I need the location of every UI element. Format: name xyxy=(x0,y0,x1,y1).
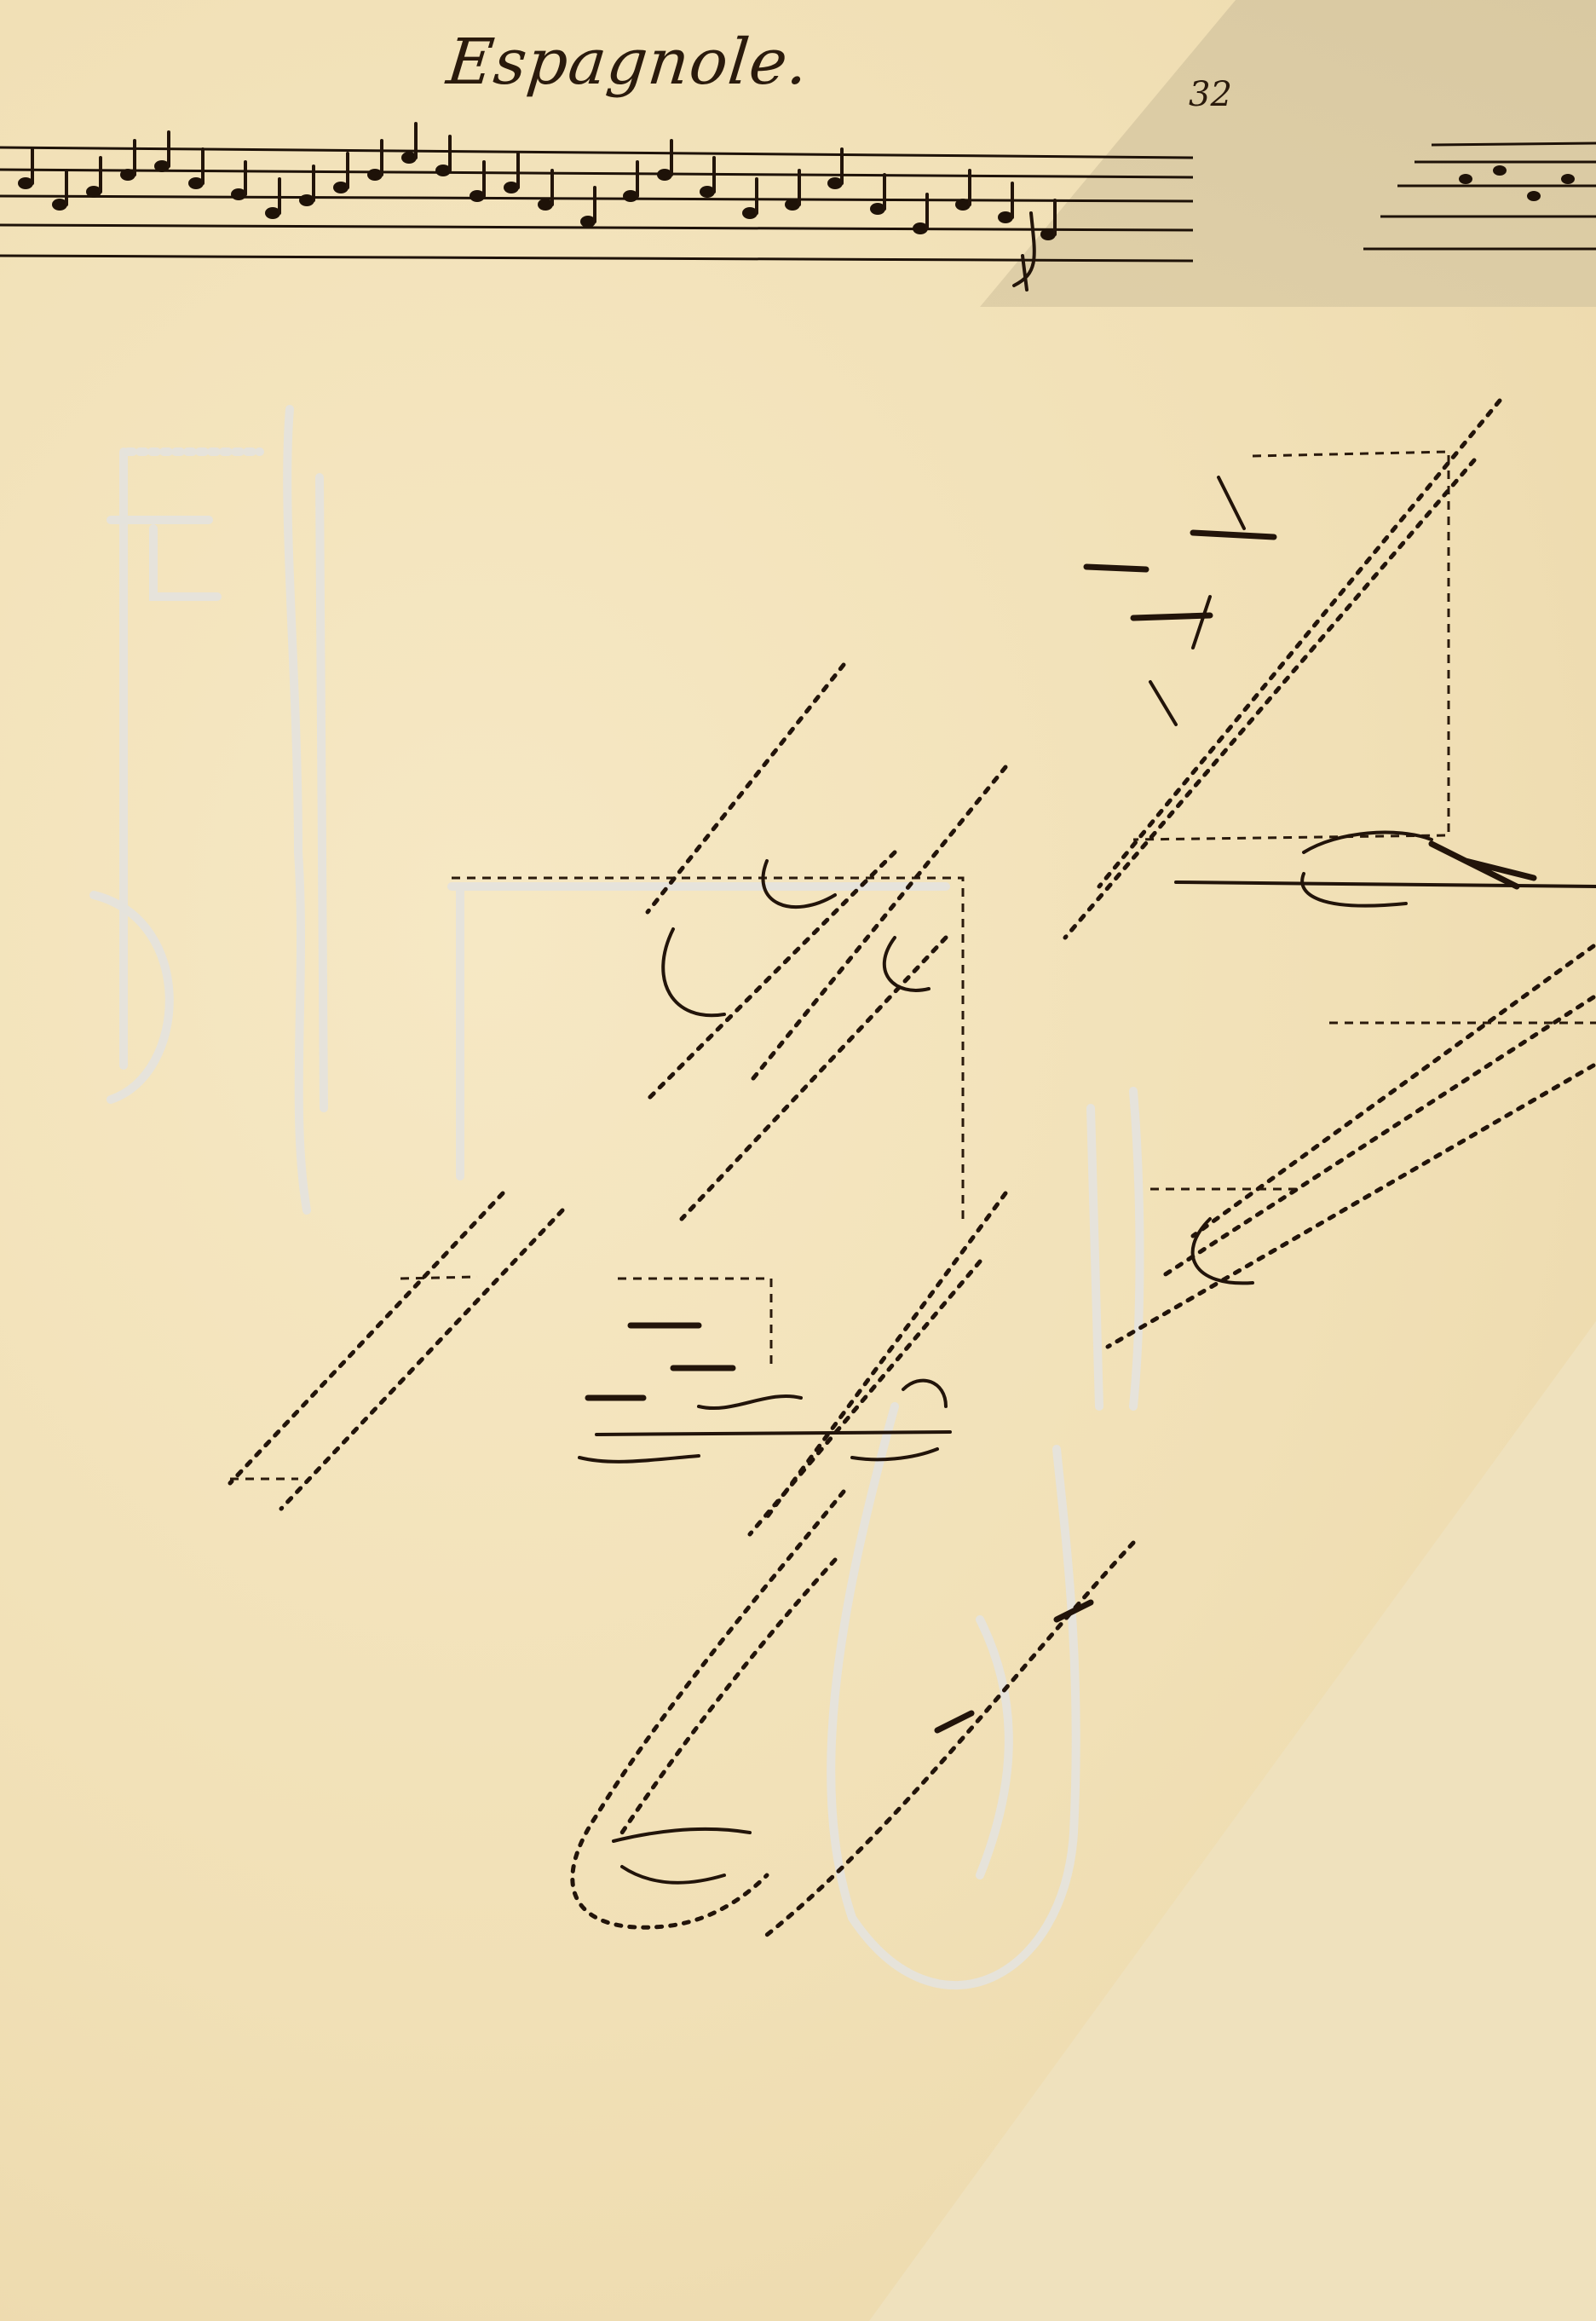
dance-path-upper-right xyxy=(1065,401,1500,938)
dance-path-center xyxy=(452,665,1005,1219)
dance-path-lower-center xyxy=(230,1193,1005,1534)
music-staff xyxy=(0,124,1596,290)
bleed-through-figures xyxy=(94,409,1140,1985)
dance-path-middle-right xyxy=(1108,833,1596,1347)
notation-figures xyxy=(0,0,1596,2321)
